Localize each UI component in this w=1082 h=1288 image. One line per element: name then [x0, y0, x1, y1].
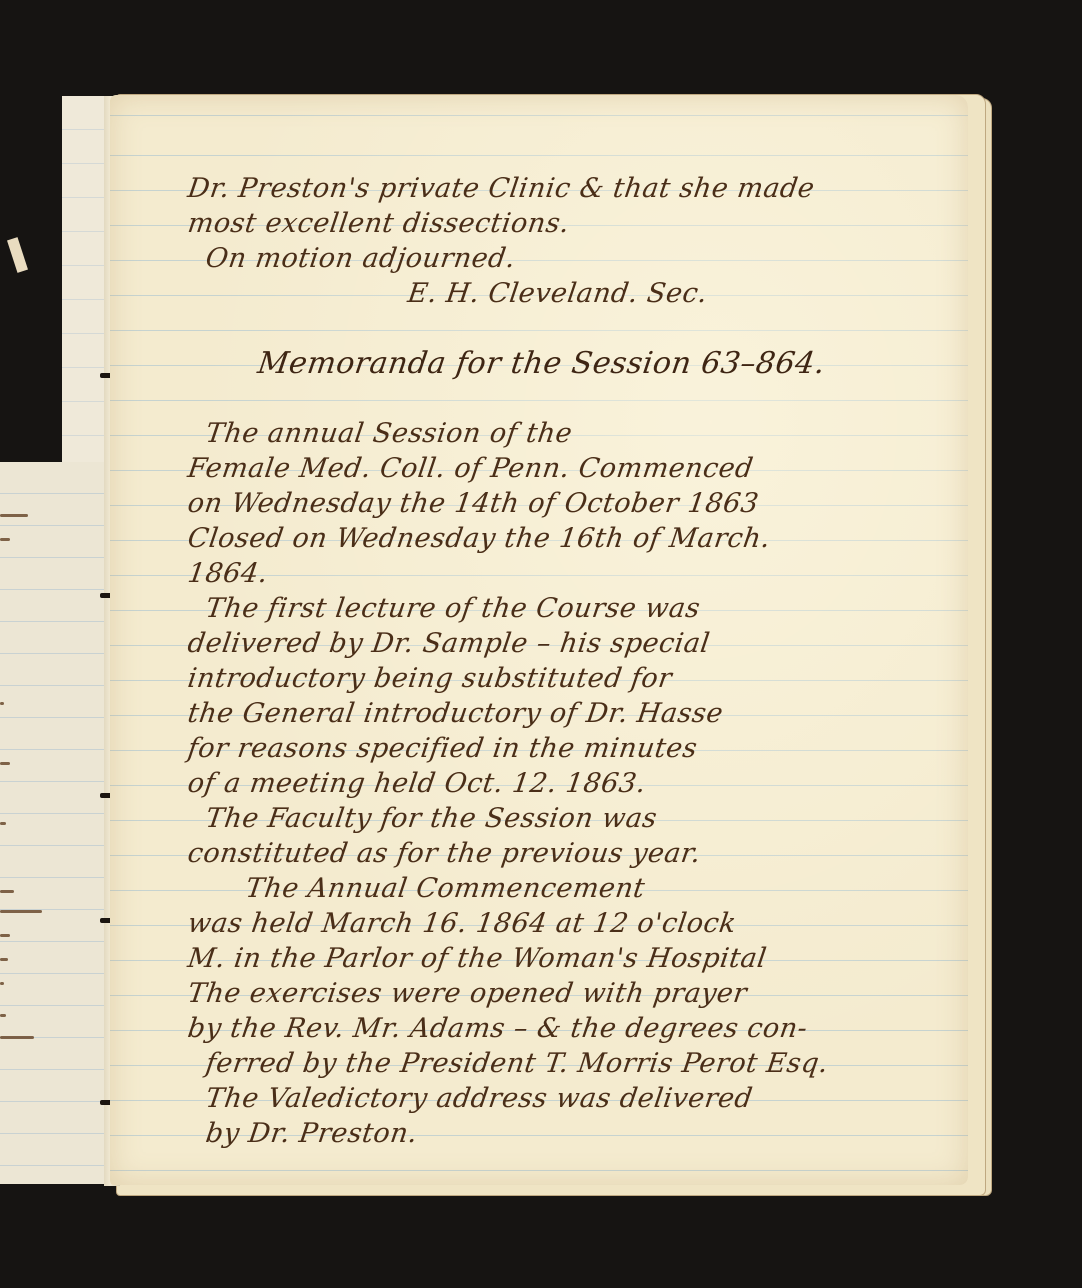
text-line: Female Med. Coll. of Penn. Commenced: [186, 451, 961, 486]
text-line: on Wednesday the 14th of October 1863: [186, 486, 961, 521]
text-line: The Valedictory address was delivered: [186, 1081, 961, 1116]
text-line: was held March 16. 1864 at 12 o'clock: [186, 906, 961, 941]
text-line: On motion adjourned.: [186, 241, 961, 276]
ink-fragment: [0, 702, 4, 705]
text-line: the General introductory of Dr. Hasse: [186, 696, 961, 731]
left-page-fragment: [0, 462, 113, 1184]
text-line: The exercises were opened with prayer: [186, 976, 961, 1011]
paper-scrap: [7, 237, 28, 273]
ink-fragment: [0, 982, 4, 985]
ink-fragment: [0, 890, 14, 893]
text-line: by Dr. Preston.: [186, 1116, 961, 1151]
ink-fragment: [0, 822, 6, 825]
text-line: introductory being substituted for: [186, 661, 961, 696]
ink-fragment: [0, 762, 10, 765]
section-heading: Memoranda for the Session 63–864.: [186, 346, 961, 381]
text-line: M. in the Parlor of the Woman's Hospital: [186, 941, 961, 976]
text-line: The annual Session of the: [186, 416, 961, 451]
ink-fragment: [0, 934, 10, 937]
text-line: The Faculty for the Session was: [186, 801, 961, 836]
text-line: for reasons specified in the minutes: [186, 731, 961, 766]
ink-fragment: [0, 538, 10, 541]
ink-fragment: [0, 910, 42, 913]
text-line: ferred by the President T. Morris Perot …: [186, 1046, 961, 1081]
text-line: delivered by Dr. Sample – his special: [186, 626, 961, 661]
text-line: of a meeting held Oct. 12. 1863.: [186, 766, 961, 801]
text-line: Closed on Wednesday the 16th of March.: [186, 521, 961, 556]
handwritten-text: Dr. Preston's private Clinic & that she …: [188, 171, 958, 1151]
text-line: The first lecture of the Course was: [186, 591, 961, 626]
spacer: [188, 311, 958, 346]
spacer: [188, 381, 958, 416]
text-line: Dr. Preston's private Clinic & that she …: [186, 171, 961, 206]
secretary-signature: E. H. Cleveland. Sec.: [186, 276, 961, 311]
manuscript-page: Dr. Preston's private Clinic & that she …: [110, 95, 968, 1185]
text-line: 1864.: [186, 556, 961, 591]
text-line: by the Rev. Mr. Adams – & the degrees co…: [186, 1011, 961, 1046]
text-line: The Annual Commencement: [186, 871, 961, 906]
text-line: constituted as for the previous year.: [186, 836, 961, 871]
ink-fragment: [0, 958, 8, 961]
ink-fragment: [0, 514, 28, 517]
text-line: most excellent dissections.: [186, 206, 961, 241]
ink-fragment: [0, 1014, 6, 1017]
ink-fragment: [0, 1036, 34, 1039]
